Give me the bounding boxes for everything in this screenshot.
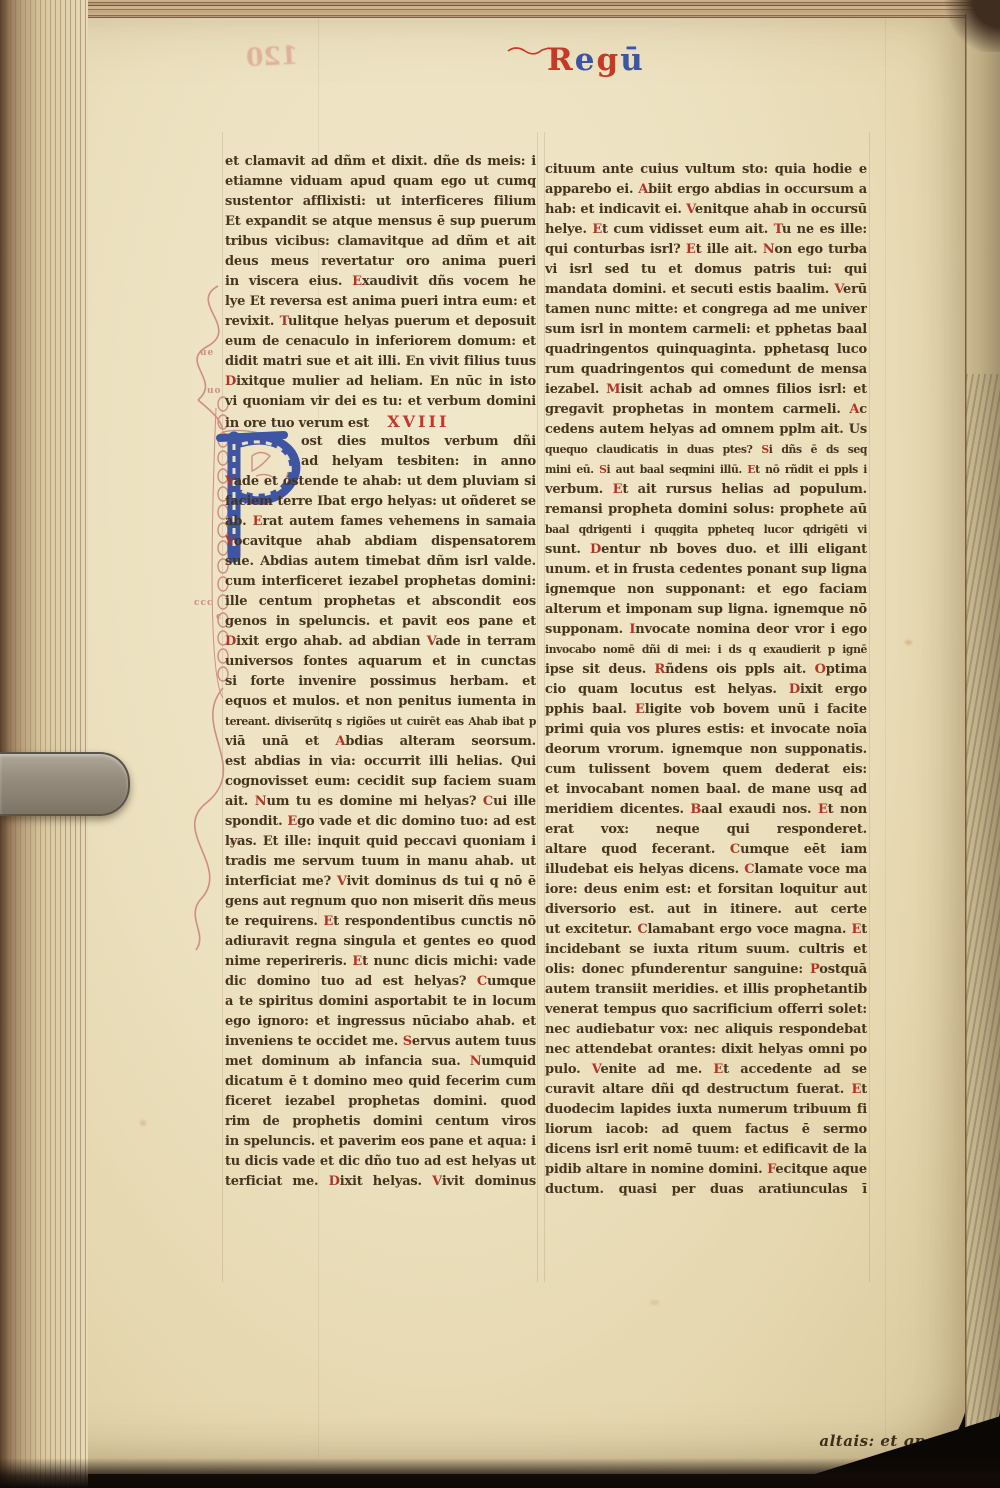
text-line: dicens isrl erit nomē tuum: et edificavi… (545, 1140, 867, 1160)
text-line: universos fontes aquarum et in cunctas v… (225, 652, 536, 672)
text-line: in speluncis. et paverim eos pane et aqu… (225, 1132, 536, 1152)
text-line: equos et mulos. et non penitus iumenta i… (225, 692, 536, 712)
rubricated-letter: E (352, 274, 362, 289)
text-line: nec attendebat orantes: dixit helyas omn… (545, 1040, 867, 1060)
text-line: helye. Et cum vidisset eum ait. Tu ne es… (545, 220, 867, 240)
text-line: incidebant se iuxta ritum suum. cultris … (545, 940, 867, 960)
text-line: et invocabant nomen baal. de mane usq ad (545, 780, 867, 800)
chapter-numeral: XVIII (373, 412, 449, 431)
text-line: ego ignoro: et ingressus nūciabo ahab. e… (225, 1012, 536, 1032)
text-line: vi isrl sed tu et domus patris tui: qui … (545, 260, 867, 280)
text-line: invocabo nomē dñi di mei: i ds q exaudie… (545, 640, 867, 660)
text-line: Vocavitque ahab abdiam dispensatorem dom (225, 532, 536, 552)
rubricated-letter: E (851, 1082, 861, 1097)
text-line: rum quadringentos qui comedunt de mensa (545, 360, 867, 380)
rubricated-letter: D (225, 634, 236, 649)
text-line: adiuravit regna singula et gentes eo quo… (225, 932, 536, 952)
text-line: sunt. Dentur nb boves duo. et illi eliga… (545, 540, 867, 560)
text-line: quequo claudicatis in duas ptes? Si dñs … (545, 440, 867, 460)
text-line: Dixitque mulier ad heliam. En nūc in ist… (225, 372, 536, 392)
text-line: ductum. quasi per duas aratiunculas ī ci… (545, 1180, 867, 1200)
text-line: Dixit ergo ahab. ad abdian Vade in terra… (225, 632, 536, 652)
rubricated-letter: N (470, 1054, 482, 1069)
folio-number-showthrough: 120 (245, 41, 299, 73)
text-line: venerat tempus quo sacrificium offerri s… (545, 1000, 867, 1020)
text-line: sue. Abdias autem timebat dñm isrl valde… (225, 552, 536, 572)
text-line: cio quam locutus est helyas. Dixit ergo … (545, 680, 867, 700)
text-line: hab: et indicavit ei. Venitque ahab in o… (545, 200, 867, 220)
text-line: tradis me servum tuum in manu ahab. ut (225, 852, 536, 872)
text-line: tu dicis vade et dic dño tuo ad est hely… (225, 1152, 536, 1172)
text-line: iezabel. Misit achab ad omnes filios isr… (545, 380, 867, 400)
parchment-crease (885, 18, 886, 1458)
running-title-letter: e (575, 42, 597, 78)
text-line: qui conturbas isrl? Et ille ait. Non ego… (545, 240, 867, 260)
text-line: ille centum prophetas et abscondit eos q… (225, 592, 536, 612)
text-line: pphis baal. Eligite vob bovem unū i faci… (545, 700, 867, 720)
rubricated-letter: V (225, 474, 234, 489)
text-line: deus meus revertatur oro anima pueri hui… (225, 252, 536, 272)
rubricated-letter: V (427, 634, 436, 649)
text-line: ab. Erat autem fames vehemens in samaia (225, 512, 536, 532)
rubricated-letter: V (225, 534, 234, 549)
text-line: si forte invenire possimus herbam. et sa… (225, 672, 536, 692)
rubricated-letter: E (323, 914, 333, 929)
text-line: primi quia vos plures estis: et invocate… (545, 720, 867, 740)
rubricated-letter: E (613, 482, 623, 497)
text-line: cum tulissent bovem quem dederat eis: fe… (545, 760, 867, 780)
book-top-page-edges (0, 0, 1000, 18)
rubricated-letter: P (810, 962, 819, 977)
text-line: mandata domini. et secuti estis baalim. … (545, 280, 867, 300)
text-line: didit matri sue et ait illi. En vivit fi… (225, 352, 536, 372)
text-line: verbum. Et ait rursus helias ad populum.… (545, 480, 867, 500)
text-line: liorum iacob: ad quem factus ē sermo dom… (545, 1120, 867, 1140)
manuscript-photo: { "page": { "kind": "medieval manuscript… (0, 0, 1000, 1488)
text-line: sustentor afflixisti: ut interficeres fi… (225, 192, 536, 212)
text-line: ignemque non supponant: et ego faciam bo… (545, 580, 867, 600)
rubricated-letter: C (730, 842, 740, 857)
text-line: in ore tuo verum est XVIII (225, 412, 536, 432)
running-title-letter: ū (620, 42, 645, 78)
text-line: lyas. Et ille: inquit quid peccavi quoni… (225, 832, 536, 852)
rubricated-letter: D (329, 1174, 340, 1189)
text-line: baal qdrigenti i quqgita ppheteq lucor q… (545, 520, 867, 540)
text-line: cedens autem helyas ad omnem pplm ait. U… (545, 420, 867, 440)
text-line: diversorio est. aut in itinere. aut cert… (545, 900, 867, 920)
text-line: autem transiit meridies. et illis prophe… (545, 980, 867, 1000)
text-line: sum isrl in montem carmeli: et pphetas b… (545, 320, 867, 340)
rubricated-letter: C (744, 862, 754, 877)
rubricated-letter: E (635, 702, 645, 717)
stain-speck (905, 640, 912, 645)
text-line: duodecim lapides iuxta numerum tribuum f… (545, 1100, 867, 1120)
text-line: ipse sit deus. Rñdens ois ppls ait. Opti… (545, 660, 867, 680)
rubricated-letter: E (818, 802, 828, 817)
rubricated-letter: C (483, 794, 493, 809)
rubricated-letter: V (686, 202, 695, 217)
text-line: est abdias in via: occurrit illi helias.… (225, 752, 536, 772)
text-line: et clamavit ad dñm et dixit. dñe ds meis… (225, 152, 536, 172)
text-line: meridiem dicentes. Baal exaudi nos. Et n… (545, 800, 867, 820)
running-title: Regū (506, 42, 645, 78)
rubricated-letter: A (638, 182, 648, 197)
text-line: apparebo ei. Abiit ergo abdias in occurs… (545, 180, 867, 200)
margin-pen-trial: ccc (194, 598, 213, 608)
running-title-letter: R (547, 42, 575, 78)
text-line: quadringentos quinquaginta. pphetasq luc… (545, 340, 867, 360)
text-line: ait. Num tu es domine mi helyas? Cui ill… (225, 792, 536, 812)
text-line: ost dies multos verbum dñi factum ē (225, 432, 536, 452)
text-line: cum interficeret iezabel prophetas domin… (225, 572, 536, 592)
rubricated-letter: D (789, 682, 800, 697)
margin-pen-trial: c (216, 612, 222, 622)
rubricated-letter: D (225, 374, 236, 389)
text-line: cognovisset eum: cecidit sup faciem suam… (225, 772, 536, 792)
rubricated-letter: N (255, 794, 267, 809)
page-right-edge-line (965, 14, 967, 1426)
rubricated-letter: V (834, 282, 843, 297)
book-gutter-page-edges (0, 0, 88, 1488)
rubricated-letter: E (851, 922, 861, 937)
rubricated-letter: T (280, 314, 288, 329)
rubricated-letter: S (599, 463, 606, 476)
rubricated-letter: E (747, 463, 755, 476)
rubricated-letter: E (592, 222, 602, 237)
text-line: Et expandit se atque mensus ē sup puerum… (225, 212, 536, 232)
text-line: interficiat me? Vivit dominus ds tui q n… (225, 872, 536, 892)
text-line: Vade et ostende te ahab: ut dem pluviam … (225, 472, 536, 492)
text-line: lye Et reversa est anima pueri intra eum… (225, 292, 536, 312)
column-ruling-line (537, 132, 538, 1282)
rubricated-letter: E (686, 242, 696, 257)
text-line: remansi propheta domini solus: prophete … (545, 500, 867, 520)
text-line: viā unā et Abdias alteram seorsum. Cumqu… (225, 732, 536, 752)
text-line: terficiat me. Dixit helyas. Vivit dominu… (225, 1172, 536, 1192)
text-column-left: et clamavit ad dñm et dixit. dñe ds meis… (225, 152, 536, 1192)
stain-speck (650, 1300, 659, 1305)
rubric-flourish-icon (506, 44, 550, 56)
rubricated-letter: C (637, 922, 647, 937)
stain-speck (140, 1120, 146, 1126)
text-line: genos in speluncis. et pavit eos pane et… (225, 612, 536, 632)
text-line: spondit. Ego vade et dic domino tuo: ad … (225, 812, 536, 832)
rubricated-letter: V (337, 874, 347, 889)
rubricated-letter: V (432, 1174, 442, 1189)
text-column-right: cituum ante cuius vultum sto: quia hodie… (545, 160, 867, 1200)
text-line: tribus vicibus: clamavitque ad dñm et ai… (225, 232, 536, 252)
rubricated-letter: E (287, 814, 297, 829)
rubricated-letter: T (774, 222, 782, 237)
rubricated-letter: A (335, 734, 345, 749)
text-line: nec audiebatur vox: nec aliquis responde… (545, 1020, 867, 1040)
bottom-edge-shadow (0, 1458, 1000, 1488)
text-line: dic domino tuo ad est helyas? Cumque rec… (225, 972, 536, 992)
rubricated-letter: E (352, 954, 362, 969)
rubricated-letter: A (849, 402, 859, 417)
text-line: unum. et in frusta cedentes ponant sup l… (545, 560, 867, 580)
rubricated-letter: E (253, 514, 263, 529)
next-leaf-edge (965, 14, 1000, 1438)
text-line: pulo. Venite ad me. Et accedente ad se p… (545, 1060, 867, 1080)
text-line: nime reperireris. Et nunc dicis michi: v… (225, 952, 536, 972)
rubricated-letter: M (606, 382, 620, 397)
margin-pen-trial: uo (207, 386, 222, 396)
text-line: curavit altare dñi qd destructum fuerat.… (545, 1080, 867, 1100)
text-line: cituum ante cuius vultum sto: quia hodie… (545, 160, 867, 180)
page-holder-clip (0, 752, 130, 816)
text-line: tereant. diviserūtq s rigiões ut cuirēt … (225, 712, 536, 732)
text-line: alterum et imponam sup ligna. ignemque n… (545, 600, 867, 620)
text-line: a te spiritus domini asportabit te in lo… (225, 992, 536, 1012)
rubricated-letter: O (815, 662, 826, 677)
rubricated-letter: S (403, 1034, 412, 1049)
text-line: ficeret iezabel prophetas domini. quod a… (225, 1092, 536, 1112)
text-line: met dominum ab infancia sua. Numquid non… (225, 1052, 536, 1072)
margin-pen-trial: ue (200, 348, 214, 358)
text-line: mini eū. Si aut baal seqmini illū. Et nō… (545, 460, 867, 480)
top-right-dark-corner (942, 0, 1000, 52)
running-title-letters: Regū (547, 42, 645, 78)
text-line: deorum vrorum. ignemque non supponatis. … (545, 740, 867, 760)
text-line: faciem terre Ibat ergo helyas: ut oñdere… (225, 492, 536, 512)
text-line: pidib altare in nomine domini. Fecitque … (545, 1160, 867, 1180)
text-line: eum de cenaculo in inferiorem domum: et … (225, 332, 536, 352)
column-ruling-line (869, 132, 870, 1282)
text-line: rim de prophetis domini centum viros qui… (225, 1112, 536, 1132)
text-line: vi quoniam vir dei es tu: et verbum domi… (225, 392, 536, 412)
rubricated-letter: N (763, 242, 775, 257)
rubricated-letter: C (477, 974, 487, 989)
text-line: illudebat eis helyas dicens. Clamate voc… (545, 860, 867, 880)
text-line: iore: deus enim est: et forsitan loquitu… (545, 880, 867, 900)
text-line: ut excitetur. Clamabant ergo voce magna.… (545, 920, 867, 940)
text-line: revixit. Tulitque helyas puerum et depos… (225, 312, 536, 332)
rubricated-letter: E (713, 1062, 723, 1077)
running-title-letter: g (597, 42, 621, 78)
rubricated-letter: S (761, 443, 768, 456)
rubricated-letter: B (690, 802, 701, 817)
text-line: gens aut regnum quo non miserit dñs meus (225, 892, 536, 912)
text-line: ad helyam tesbiten: in anno tercio dicēs (225, 452, 536, 472)
text-line: in viscera eius. Exaudivit dñs vocem he (225, 272, 536, 292)
rubricated-letter: D (590, 542, 601, 557)
text-line: erat vox: neque qui responderet. Transil… (545, 820, 867, 840)
text-line: dicatum ē t domino meo quid fecerim cum … (225, 1072, 536, 1092)
text-line: supponam. Invocate nomina deor vror i eg… (545, 620, 867, 640)
next-leaf-showthrough-text (966, 374, 1000, 1438)
rubricated-letter: R (655, 662, 666, 677)
text-line: etiamne viduam apud quam ego ut cumq (225, 172, 536, 192)
text-line: olis: donec pfunderentur sanguine: Postq… (545, 960, 867, 980)
text-line: altare quod fecerant. Cumque eēt iam mer… (545, 840, 867, 860)
text-line: te requirens. Et respondentibus cunctis … (225, 912, 536, 932)
text-line: tamen nunc mitte: et congrega ad me univ… (545, 300, 867, 320)
text-line: inveniens te occidet me. Servus autem tu… (225, 1032, 536, 1052)
text-line: gregavit prophetas in montem carmeli. Ac (545, 400, 867, 420)
